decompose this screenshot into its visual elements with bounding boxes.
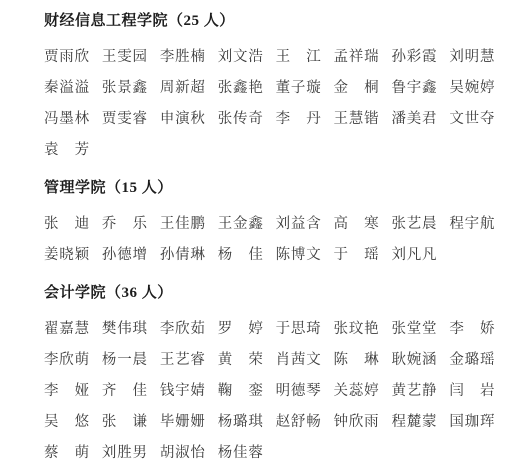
student-name: 金璐瑶: [449, 352, 495, 368]
student-name: 胡淑怡: [160, 445, 206, 461]
student-name: 吴婉婷: [449, 80, 495, 96]
student-name: 张 迪: [44, 216, 90, 232]
student-name: 冯墨林: [44, 111, 90, 127]
name-row: 蔡 萌 刘胜男 胡淑怡 杨佳蓉: [44, 445, 514, 461]
student-name: 秦溢溢: [44, 80, 90, 96]
student-name: 耿婉涵: [391, 352, 437, 368]
student-name: 于思琦: [276, 321, 322, 337]
student-name: 王 江: [276, 49, 322, 65]
student-name: 高 寒: [334, 216, 380, 232]
name-row: 姜晓颖 孙德增 孙倩琳 杨 佳 陈博文 于 瑶 刘凡凡: [44, 247, 514, 263]
student-name: 闫 岩: [449, 383, 495, 399]
section-rows: 翟嘉慧 樊伟琪 李欣茹 罗 婷 于思琦 张玟艳 张堂堂 李 娇 李欣萌 杨一晨 …: [44, 321, 514, 461]
student-name: 王金鑫: [218, 216, 264, 232]
student-name: 潘美君: [391, 111, 437, 127]
student-name: 杨璐琪: [218, 414, 264, 430]
section-title: 财经信息工程学院（25 人）: [44, 13, 514, 30]
student-name: 陈博文: [276, 247, 322, 263]
student-name: 周新超: [160, 80, 206, 96]
student-name: 关蕊婷: [334, 383, 380, 399]
student-name: 孟祥瑞: [334, 49, 380, 65]
student-name: 张堂堂: [391, 321, 437, 337]
student-name: 张 谦: [102, 414, 148, 430]
student-name: 蔡 萌: [44, 445, 90, 461]
section-title: 管理学院（15 人）: [44, 180, 514, 197]
student-name: 毕姗姗: [160, 414, 206, 430]
student-name: 陈 琳: [334, 352, 380, 368]
name-row: 冯墨林 贾雯睿 申演秋 张传奇 李 丹 王慧锴 潘美君 文世夺: [44, 111, 514, 127]
student-name: 齐 佳: [102, 383, 148, 399]
student-name: 申演秋: [160, 111, 206, 127]
student-name: 董子璇: [276, 80, 322, 96]
student-name: 国珈珲: [449, 414, 495, 430]
student-name: 文世夺: [449, 111, 495, 127]
student-name: 杨佳蓉: [218, 445, 264, 461]
student-name: 刘文浩: [218, 49, 264, 65]
student-name: 李 娅: [44, 383, 90, 399]
student-name: 贾雯睿: [102, 111, 148, 127]
name-row: 秦溢溢 张景鑫 周新超 张鑫艳 董子璇 金 桐 鲁宇鑫 吴婉婷: [44, 80, 514, 96]
name-row: 翟嘉慧 樊伟琪 李欣茹 罗 婷 于思琦 张玟艳 张堂堂 李 娇: [44, 321, 514, 337]
student-name: 赵舒畅: [276, 414, 322, 430]
student-name: 王慧锴: [334, 111, 380, 127]
student-name: 樊伟琪: [102, 321, 148, 337]
student-name: 杨 佳: [218, 247, 264, 263]
name-row: 张 迪 乔 乐 王佳鹏 王金鑫 刘益含 高 寒 张艺晨 程宇航: [44, 216, 514, 232]
student-name: 孙德增: [102, 247, 148, 263]
student-name: 刘凡凡: [391, 247, 437, 263]
student-name: 黄 荣: [218, 352, 264, 368]
name-row: 吴 悠 张 谦 毕姗姗 杨璐琪 赵舒畅 钟欣雨 程麓蒙 国珈珲: [44, 414, 514, 430]
student-name: 鞠 銮: [218, 383, 264, 399]
student-name: 姜晓颖: [44, 247, 90, 263]
student-name: 钟欣雨: [334, 414, 380, 430]
student-name: 鲁宇鑫: [391, 80, 437, 96]
section-title: 会计学院（36 人）: [44, 285, 514, 302]
student-name: 张玟艳: [334, 321, 380, 337]
student-name: 孙彩霞: [391, 49, 437, 65]
student-name: 刘益含: [276, 216, 322, 232]
student-name: 李 娇: [449, 321, 495, 337]
student-name: 杨一晨: [102, 352, 148, 368]
student-name: 明德琴: [276, 383, 322, 399]
student-name: 孙倩琳: [160, 247, 206, 263]
section-rows: 张 迪 乔 乐 王佳鹏 王金鑫 刘益含 高 寒 张艺晨 程宇航 姜晓颖 孙德增 …: [44, 216, 514, 263]
student-name: 李欣萌: [44, 352, 90, 368]
student-name: 乔 乐: [102, 216, 148, 232]
student-name: 程宇航: [449, 216, 495, 232]
student-name: 贾雨欣: [44, 49, 90, 65]
student-name: 罗 婷: [218, 321, 264, 337]
student-name: 张景鑫: [102, 80, 148, 96]
student-name: 李 丹: [276, 111, 322, 127]
college-section: 管理学院（15 人） 张 迪 乔 乐 王佳鹏 王金鑫 刘益含 高 寒 张艺晨 程…: [44, 180, 514, 263]
student-name: 张鑫艳: [218, 80, 264, 96]
student-name: 张艺晨: [391, 216, 437, 232]
student-name: 翟嘉慧: [44, 321, 90, 337]
name-row: 李欣萌 杨一晨 王艺睿 黄 荣 肖茜文 陈 琳 耿婉涵 金璐瑶: [44, 352, 514, 368]
student-name: 程麓蒙: [391, 414, 437, 430]
student-name: 黄艺静: [391, 383, 437, 399]
student-name: 李胜楠: [160, 49, 206, 65]
student-name: 李欣茹: [160, 321, 206, 337]
student-name: 金 桐: [334, 80, 380, 96]
student-name: 王雯园: [102, 49, 148, 65]
student-name: 刘胜男: [102, 445, 148, 461]
sections-container: 财经信息工程学院（25 人） 贾雨欣 王雯园 李胜楠 刘文浩 王 江 孟祥瑞 孙…: [44, 13, 514, 461]
name-row: 李 娅 齐 佳 钱宇婧 鞠 銮 明德琴 关蕊婷 黄艺静 闫 岩: [44, 383, 514, 399]
roster-page: 财经信息工程学院（25 人） 贾雨欣 王雯园 李胜楠 刘文浩 王 江 孟祥瑞 孙…: [0, 0, 532, 464]
name-row: 袁 芳: [44, 142, 514, 158]
student-name: 袁 芳: [44, 142, 90, 158]
student-name: 刘明慧: [449, 49, 495, 65]
student-name: 王佳鹏: [160, 216, 206, 232]
student-name: 吴 悠: [44, 414, 90, 430]
student-name: 钱宇婧: [160, 383, 206, 399]
college-section: 会计学院（36 人） 翟嘉慧 樊伟琪 李欣茹 罗 婷 于思琦 张玟艳 张堂堂 李…: [44, 285, 514, 461]
student-name: 于 瑶: [334, 247, 380, 263]
student-name: 王艺睿: [160, 352, 206, 368]
student-name: 张传奇: [218, 111, 264, 127]
section-rows: 贾雨欣 王雯园 李胜楠 刘文浩 王 江 孟祥瑞 孙彩霞 刘明慧 秦溢溢 张景鑫 …: [44, 49, 514, 158]
name-row: 贾雨欣 王雯园 李胜楠 刘文浩 王 江 孟祥瑞 孙彩霞 刘明慧: [44, 49, 514, 65]
college-section: 财经信息工程学院（25 人） 贾雨欣 王雯园 李胜楠 刘文浩 王 江 孟祥瑞 孙…: [44, 13, 514, 158]
student-name: 肖茜文: [276, 352, 322, 368]
